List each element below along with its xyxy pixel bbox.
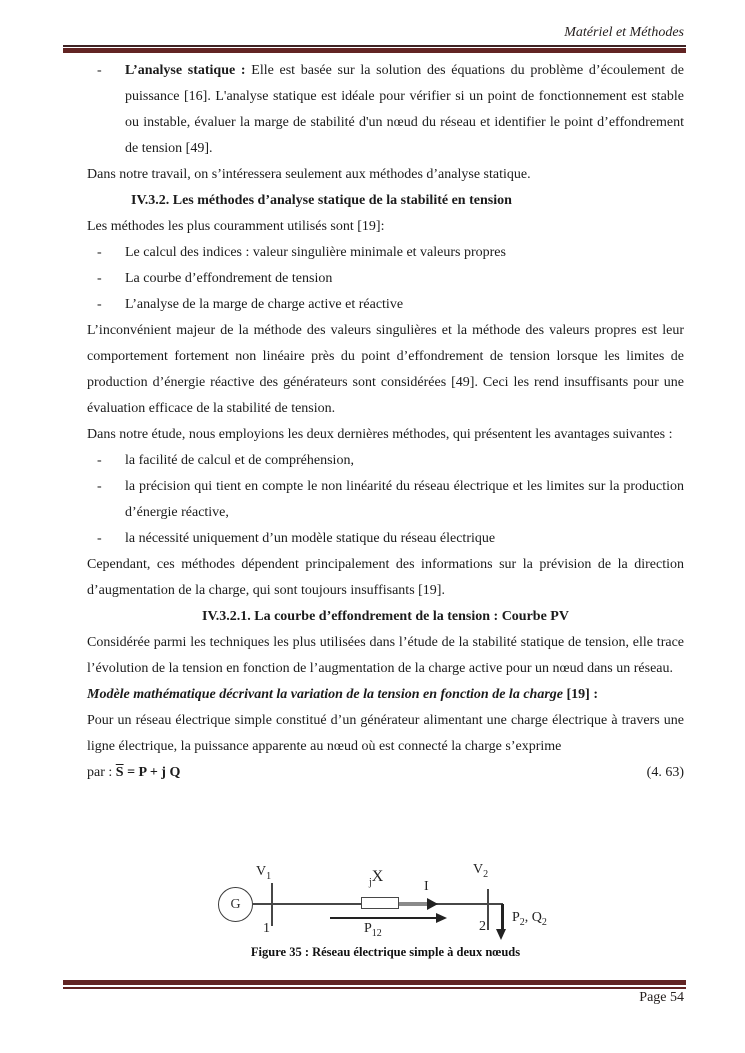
load-p-base: P (512, 910, 520, 925)
bus1-node-label: 1 (263, 921, 270, 937)
current-label: I (424, 879, 429, 895)
page-number: Page 54 (639, 990, 684, 1006)
v2-sub: 2 (483, 869, 488, 880)
bus2-bar (487, 889, 489, 930)
figure-caption: Figure 35 : Réseau électrique simple à d… (87, 945, 684, 960)
bus1-voltage-label: V1 (256, 864, 271, 882)
load-q-base: Q (532, 910, 542, 925)
circuit-figure: G V1 1 jX I P12 V2 2 P2, Q2 (0, 0, 745, 1053)
load-q-sub: 2 (542, 917, 547, 928)
p12-base: P (364, 921, 372, 936)
generator-symbol: G (218, 887, 253, 922)
reactance-box (361, 897, 399, 909)
reactance-label: jX (369, 868, 383, 888)
v1-sub: 1 (266, 871, 271, 882)
bus1-bar (271, 883, 273, 926)
current-arrow-head (427, 898, 438, 910)
bus2-voltage-label: V2 (473, 862, 488, 880)
power-flow-arrow-bar (330, 917, 438, 919)
load-label: P2, Q2 (512, 910, 547, 928)
load-arrow-head (496, 929, 506, 940)
bus2-node-label: 2 (479, 919, 486, 935)
jx-base: X (372, 868, 384, 885)
load-arrow-bar (501, 904, 504, 931)
power-flow-arrow-head (436, 913, 447, 923)
load-separator: , (525, 910, 532, 925)
power-flow-label: P12 (364, 921, 382, 939)
v1-base: V (256, 864, 266, 879)
document-page: Matériel et Méthodes - L’analyse statiqu… (0, 0, 745, 1053)
footer-rule-thin (63, 987, 686, 989)
v2-base: V (473, 862, 483, 877)
current-arrow-bar (399, 902, 429, 906)
footer-rule-thick (63, 980, 686, 985)
generator-label: G (230, 897, 240, 913)
p12-sub: 12 (372, 928, 382, 939)
